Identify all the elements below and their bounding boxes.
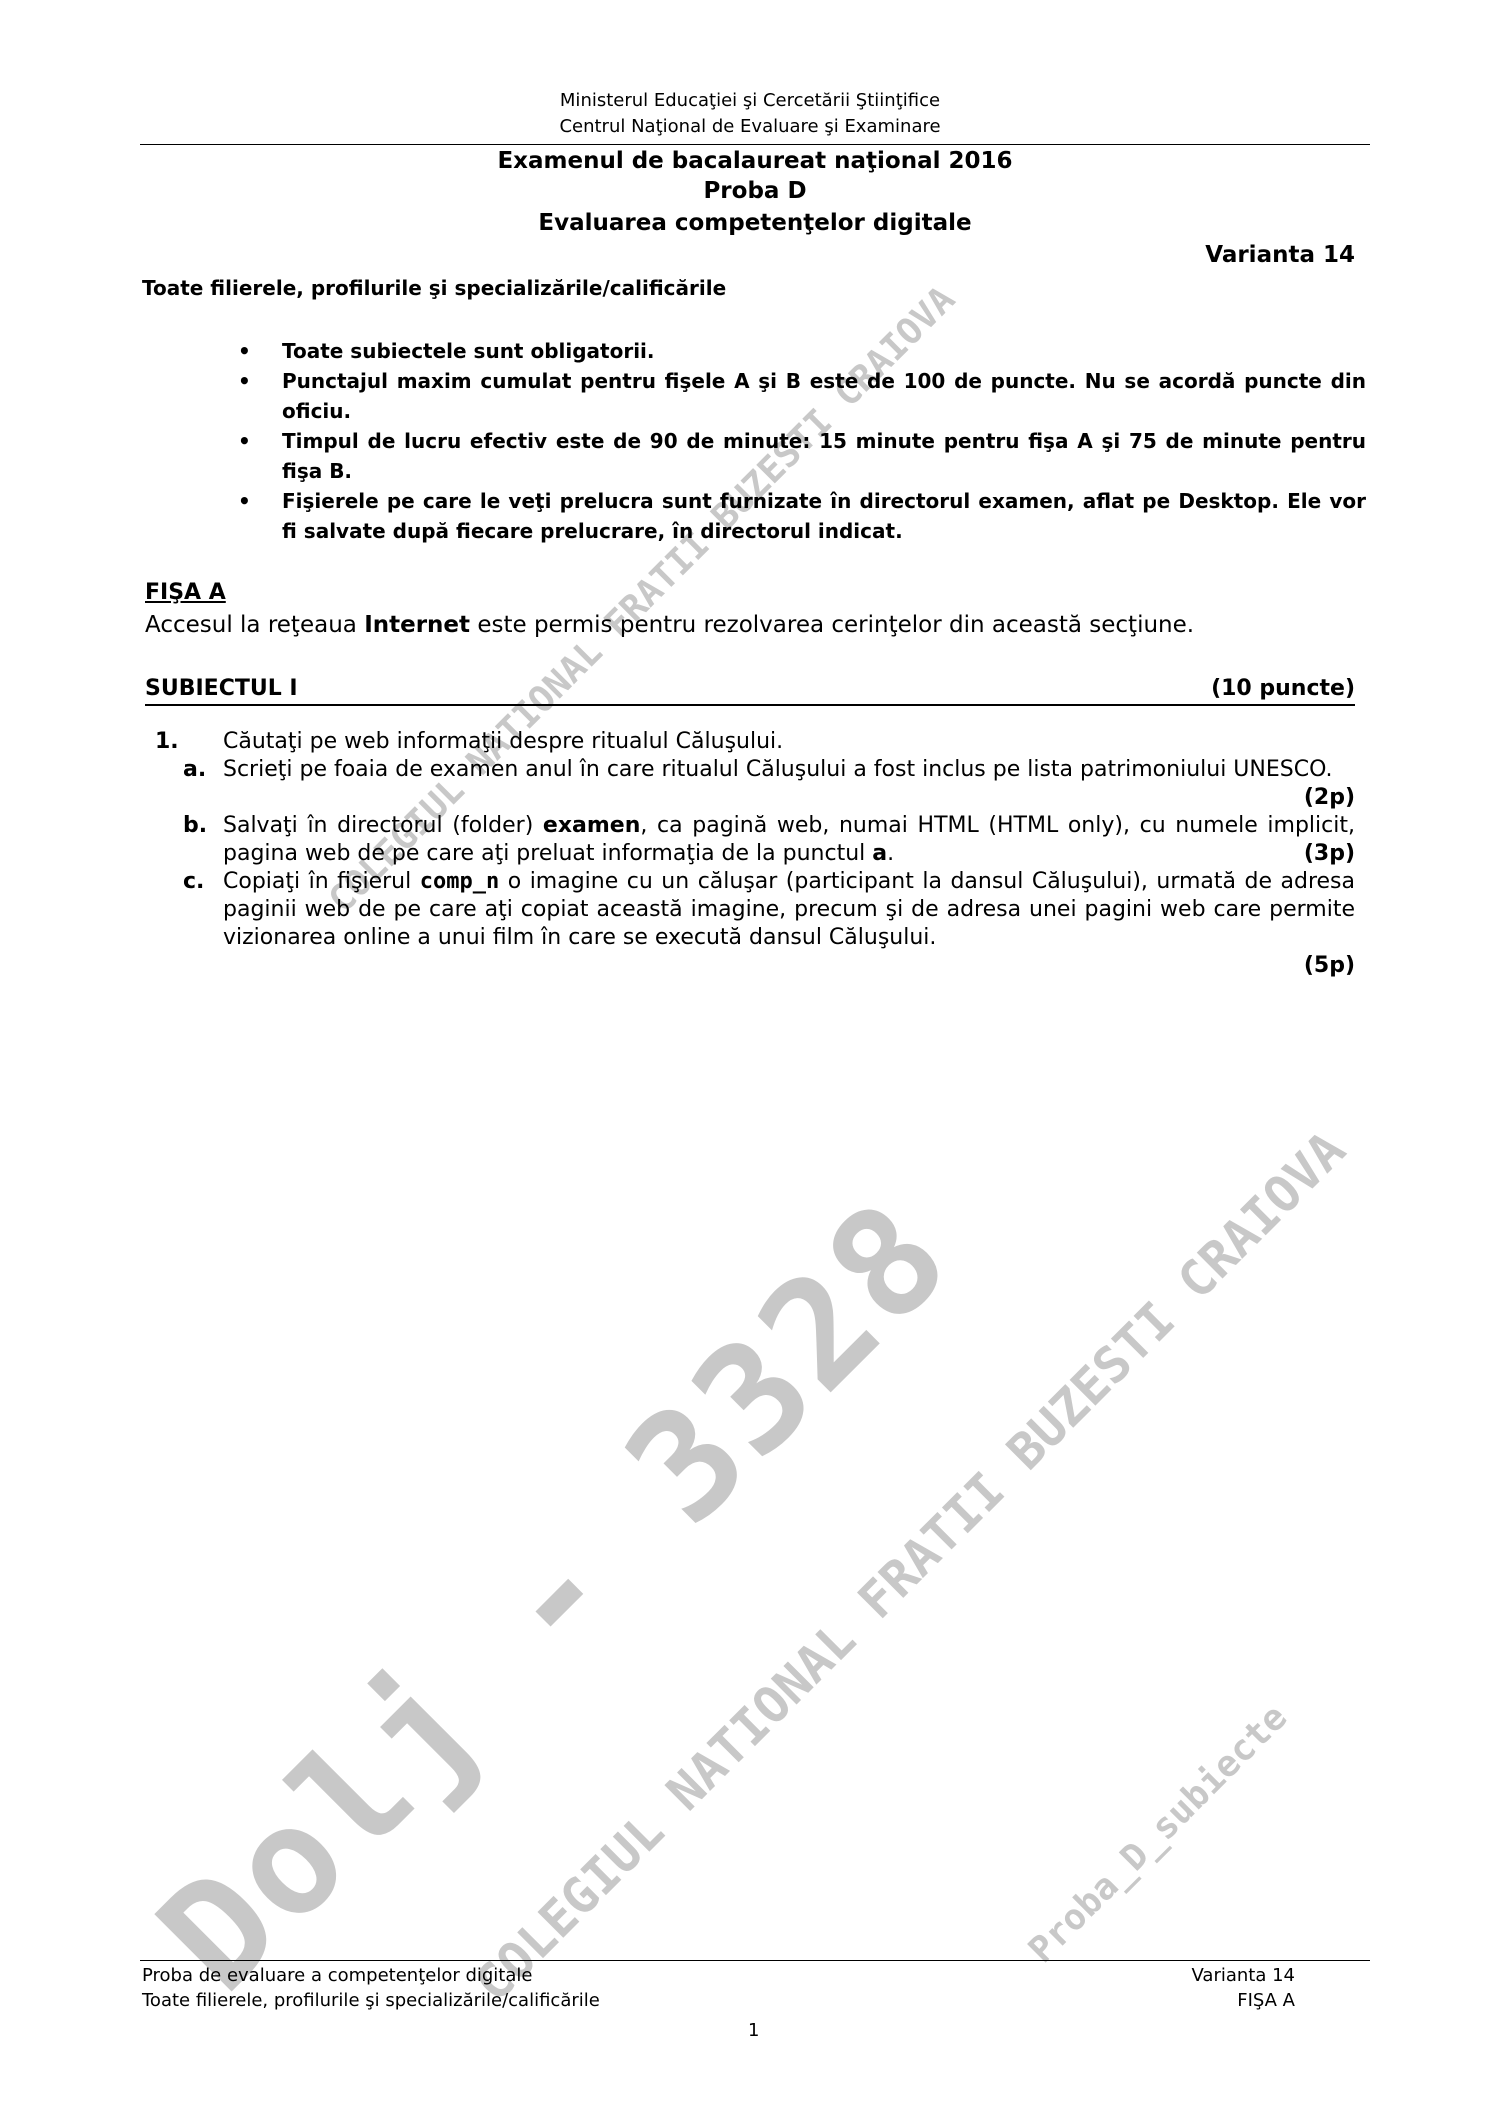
subject-points: (10 puncte)	[1211, 676, 1355, 701]
exam-page: Dolj - 3328 COLEGIUL NATIONAL FRATII BUZ…	[0, 0, 1500, 2123]
proba-title: Proba D	[0, 178, 1500, 204]
exam-title: Examenul de bacalaureat naţional 2016	[0, 148, 1500, 174]
item-points: (2p)	[1304, 784, 1355, 812]
rule-item: Fişierele pe care le veţi prelucra sunt …	[238, 486, 1366, 546]
fisa-title: FIŞA A	[145, 580, 226, 605]
center-name: Centrul Naţional de Evaluare şi Examinar…	[0, 116, 1500, 137]
audience-label: Toate filierele, profilurile şi speciali…	[142, 276, 726, 300]
variant-label: Varianta 14	[1205, 242, 1355, 268]
question-item-c: c. Copiaţi în fişierul comp_n o imagine …	[183, 868, 1355, 980]
fisa-intro: Accesul la reţeaua Internet este permis …	[145, 612, 1194, 638]
rule-item: Punctajul maxim cumulat pentru fişele A …	[238, 366, 1366, 426]
footer-left-line2: Toate filierele, profilurile şi speciali…	[142, 1990, 600, 2011]
subject-heading: SUBIECTUL I (10 puncte)	[145, 676, 1355, 706]
rule-item: Timpul de lucru efectiv este de 90 de mi…	[238, 426, 1366, 486]
ministry-name: Ministerul Educaţiei şi Cercetării Ştiin…	[0, 90, 1500, 111]
page-number: 1	[748, 2020, 759, 2041]
question-item-a: a. Scrieţi pe foaia de examen anul în ca…	[183, 756, 1355, 812]
subject-title: SUBIECTUL I	[145, 676, 298, 701]
question-number: 1.	[155, 728, 179, 756]
footer-left-line1: Proba de evaluare a competenţelor digita…	[142, 1965, 532, 1986]
footer-divider	[140, 1960, 1370, 1961]
rules-list: Toate subiectele sunt obligatorii. Punct…	[238, 336, 1366, 546]
header-divider	[140, 144, 1370, 145]
question-text: Căutaţi pe web informaţii despre ritualu…	[223, 728, 1358, 756]
watermark-subject-tag: Proba_D_subiecte	[1021, 1697, 1295, 1971]
item-points: (5p)	[1304, 952, 1355, 980]
question-item-b: b. Salvaţi în directorul (folder) examen…	[183, 812, 1355, 868]
footer-fisa: FIŞA A	[1237, 1990, 1295, 2011]
internet-keyword: Internet	[364, 612, 470, 638]
item-points: (3p)	[1304, 840, 1355, 868]
exam-subtitle: Evaluarea competenţelor digitale	[0, 210, 1500, 236]
rule-item: Toate subiectele sunt obligatorii.	[238, 336, 1366, 366]
footer-variant: Varianta 14	[1192, 1965, 1296, 1986]
